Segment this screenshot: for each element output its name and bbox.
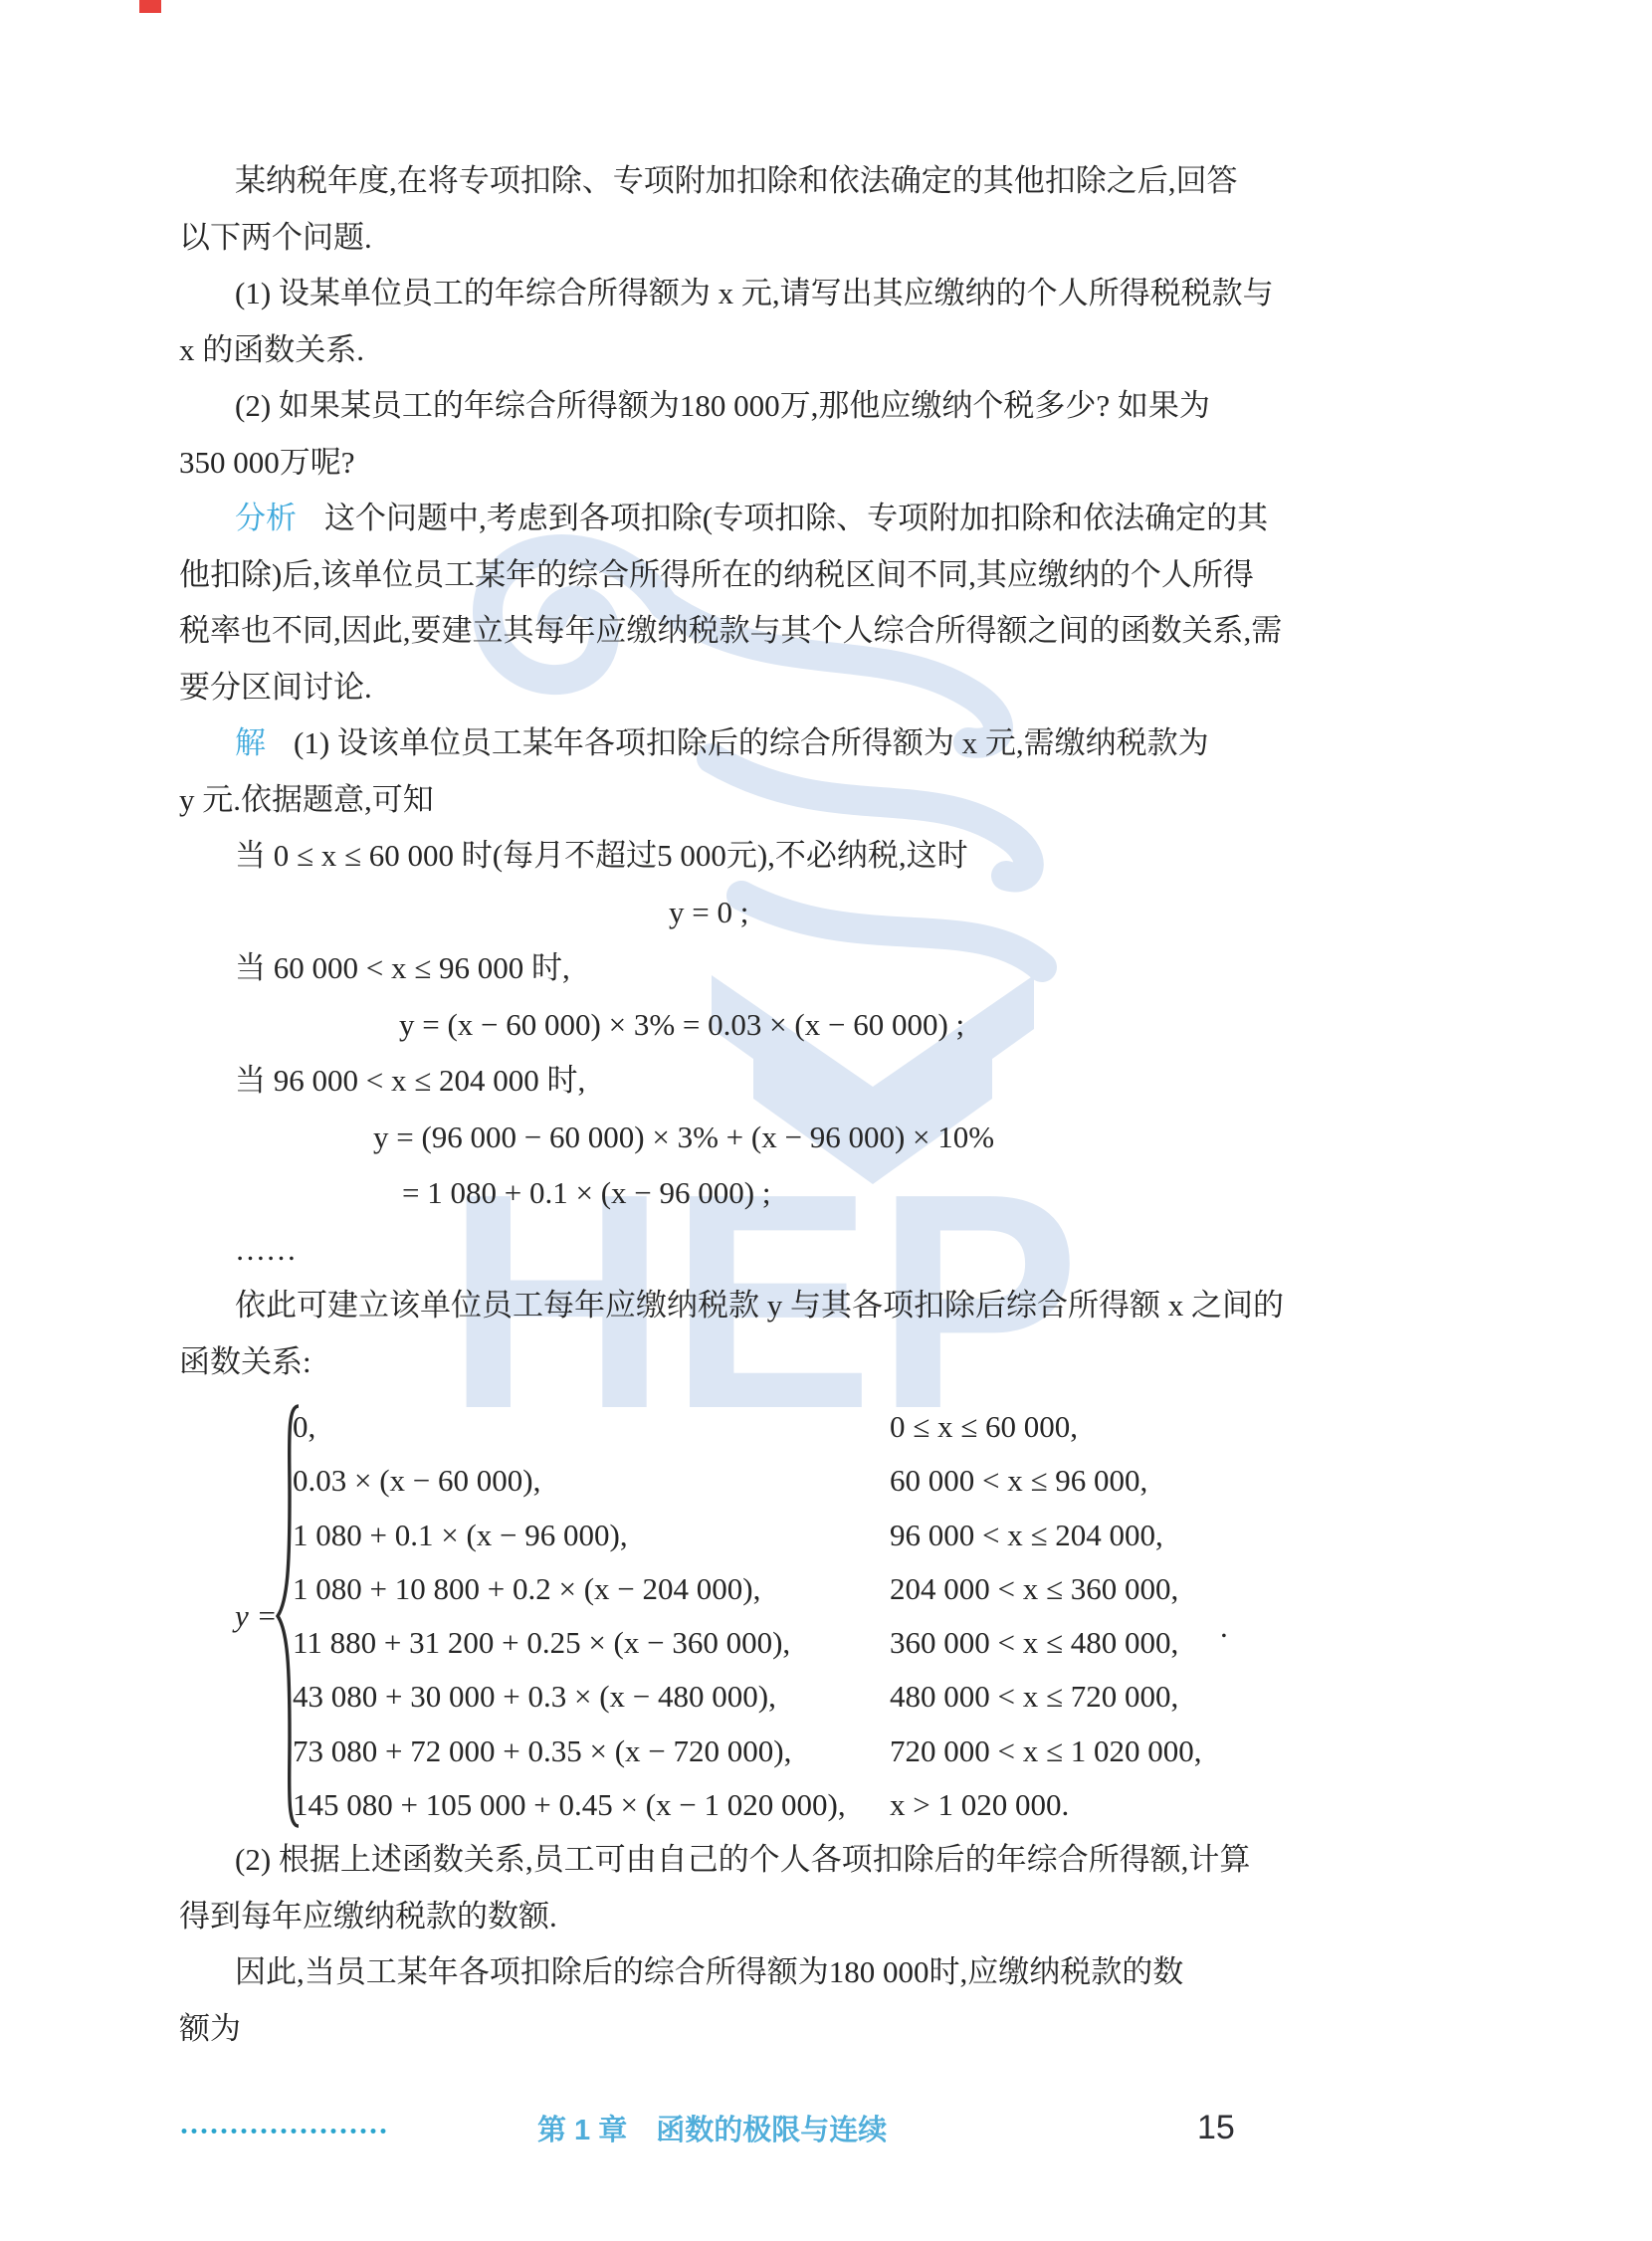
piece-condition: 204 000 < x ≤ 360 000, [890, 1562, 1238, 1616]
piece-formula: 73 080 + 72 000 + 0.35 × (x − 720 000), [293, 1725, 890, 1778]
piece-formula: 11 880 + 31 200 + 0.25 × (x − 360 000), [293, 1616, 890, 1670]
piecewise-row: 1 080 + 10 800 + 0.2 × (x − 204 000),204… [293, 1562, 1238, 1616]
equation-line: y = 0 ; [179, 885, 1238, 941]
piece-condition: 720 000 < x ≤ 1 020 000, [890, 1725, 1238, 1778]
piece-formula: 1 080 + 0.1 × (x − 96 000), [293, 1509, 890, 1562]
paragraph-line: 函数关系: [179, 1334, 1238, 1391]
piecewise-function: y = 0,0 ≤ x ≤ 60 000, 0.03 × (x − 60 000… [179, 1400, 1238, 1832]
equation-line: = 1 080 + 0.1 × (x − 96 000) ; [179, 1165, 1238, 1222]
piece-condition: 360 000 < x ≤ 480 000, [890, 1616, 1238, 1670]
text-column: 某纳税年度,在将专项扣除、专项附加扣除和依法确定的其他扣除之后,回答 以下两个问… [179, 153, 1238, 2057]
footer-chapter-title: 第 1 章 函数的极限与连续 [537, 2111, 887, 2150]
case-line: 当 96 000 < x ≤ 204 000 时, [179, 1053, 1238, 1110]
piece-formula: 145 080 + 105 000 + 0.45 × (x − 1 020 00… [293, 1778, 890, 1832]
piece-condition: x > 1 020 000. [890, 1778, 1238, 1832]
paragraph-line: 额为 [179, 2001, 1238, 2058]
question-1-line: x 的函数关系. [179, 322, 1238, 379]
piecewise-row: 145 080 + 105 000 + 0.45 × (x − 1 020 00… [293, 1778, 1238, 1832]
piece-formula: 0, [293, 1400, 890, 1454]
piece-condition: 480 000 < x ≤ 720 000, [890, 1670, 1238, 1724]
paragraph-line: 依此可建立该单位员工每年应缴纳税款 y 与其各项扣除后综合所得额 x 之间的 [179, 1278, 1238, 1334]
solution-line: y 元.依据题意,可知 [179, 772, 1238, 829]
analysis-label: 分析 [235, 501, 297, 535]
piecewise-terminator: . [1220, 1599, 1228, 1656]
paragraph-line: 得到每年应缴纳税款的数额. [179, 1889, 1238, 1945]
piecewise-lhs: y = [235, 1588, 277, 1645]
ellipsis-line: …… [179, 1222, 1238, 1279]
piecewise-row: 11 880 + 31 200 + 0.25 × (x − 360 000),3… [293, 1616, 1238, 1670]
analysis-line: 分析这个问题中,考虑到各项扣除(专项扣除、专项附加扣除和依法确定的其 [179, 491, 1238, 547]
piece-condition: 60 000 < x ≤ 96 000, [890, 1454, 1238, 1508]
case-line: 当 0 ≤ x ≤ 60 000 时(每月不超过5 000元),不必纳税,这时 [179, 828, 1238, 885]
equation-line: y = (96 000 − 60 000) × 3% + (x − 96 000… [179, 1110, 1238, 1166]
paragraph-line: 因此,当员工某年各项扣除后的综合所得额为180 000时,应缴纳税款的数 [179, 1944, 1238, 2001]
equation-line: y = (x − 60 000) × 3% = 0.03 × (x − 60 0… [179, 997, 1238, 1054]
piecewise-row: 0,0 ≤ x ≤ 60 000, [293, 1400, 1238, 1454]
piecewise-rows: 0,0 ≤ x ≤ 60 000, 0.03 × (x − 60 000),60… [179, 1400, 1238, 1832]
solution-line: 解(1) 设该单位员工某年各项扣除后的综合所得额为 x 元,需缴纳税款为 [179, 715, 1238, 772]
question-2-line: (2) 如果某员工的年综合所得额为180 000万,那他应缴纳个税多少? 如果为 [179, 378, 1238, 435]
analysis-text: 这个问题中,考虑到各项扣除(专项扣除、专项附加扣除和依法确定的其 [324, 501, 1268, 535]
piece-formula: 0.03 × (x − 60 000), [293, 1454, 890, 1508]
analysis-line: 他扣除)后,该单位员工某年的综合所得所在的纳税区间不同,其应缴纳的个人所得 [179, 547, 1238, 604]
piece-condition: 96 000 < x ≤ 204 000, [890, 1509, 1238, 1562]
book-page: HEP 某纳税年度,在将专项扣除、专项附加扣除和依法确定的其他扣除之后,回答 以… [0, 0, 1652, 2241]
question-2-line: 350 000万呢? [179, 435, 1238, 492]
footer-page-number: 15 [1197, 2108, 1235, 2147]
piece-formula: 1 080 + 10 800 + 0.2 × (x − 204 000), [293, 1562, 890, 1616]
case-line: 当 60 000 < x ≤ 96 000 时, [179, 940, 1238, 997]
analysis-line: 税率也不同,因此,要建立其每年应缴纳税款与其个人综合所得额之间的函数关系,需 [179, 603, 1238, 660]
footer-dotted-leader [179, 2128, 390, 2135]
piece-formula: 43 080 + 30 000 + 0.3 × (x − 480 000), [293, 1670, 890, 1724]
solution-text: (1) 设该单位员工某年各项扣除后的综合所得额为 x 元,需缴纳税款为 [294, 725, 1209, 760]
piecewise-row: 1 080 + 0.1 × (x − 96 000),96 000 < x ≤ … [293, 1509, 1238, 1562]
page-footer: 第 1 章 函数的极限与连续 15 [0, 2108, 1652, 2167]
paragraph-line: 以下两个问题. [179, 210, 1238, 267]
piecewise-row: 43 080 + 30 000 + 0.3 × (x − 480 000),48… [293, 1670, 1238, 1724]
curly-brace-icon [275, 1404, 301, 1828]
solution-label: 解 [235, 725, 266, 760]
question-1-line: (1) 设某单位员工的年综合所得额为 x 元,请写出其应缴纳的个人所得税税款与 [179, 266, 1238, 322]
analysis-line: 要分区间讨论. [179, 660, 1238, 716]
paragraph-line: 某纳税年度,在将专项扣除、专项附加扣除和依法确定的其他扣除之后,回答 [179, 153, 1238, 210]
piece-condition: 0 ≤ x ≤ 60 000, [890, 1400, 1238, 1454]
paragraph-line: (2) 根据上述函数关系,员工可由自己的个人各项扣除后的年综合所得额,计算 [179, 1832, 1238, 1889]
piecewise-row: 73 080 + 72 000 + 0.35 × (x − 720 000),7… [293, 1725, 1238, 1778]
piecewise-row: 0.03 × (x − 60 000),60 000 < x ≤ 96 000, [293, 1454, 1238, 1508]
